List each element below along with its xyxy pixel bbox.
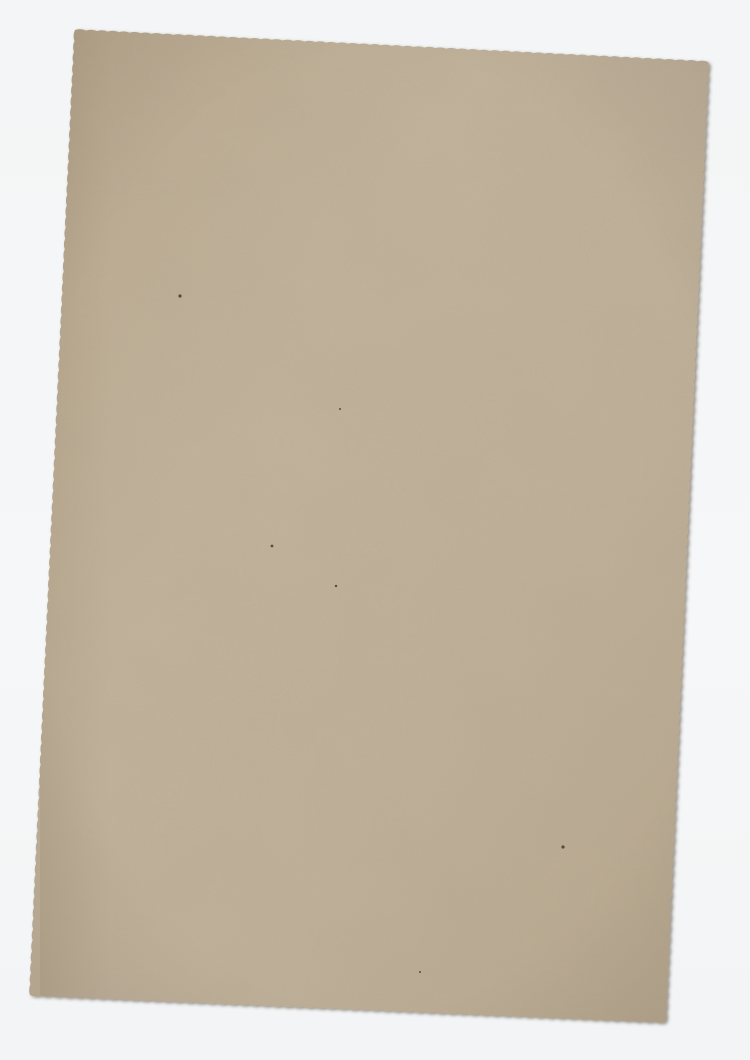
card-texture <box>0 0 750 1060</box>
cabinet-card-back <box>0 0 750 1060</box>
blemish-spot <box>271 545 274 548</box>
scan-background: Blank reverse side of a vintage cabinet … <box>0 0 750 1060</box>
blemish-spot <box>339 408 341 410</box>
blemish-spot <box>178 294 181 297</box>
blemish-spot <box>419 971 421 973</box>
blemish-spot <box>335 585 337 587</box>
card-graphic <box>0 0 750 1060</box>
blemish-spot <box>561 845 564 848</box>
